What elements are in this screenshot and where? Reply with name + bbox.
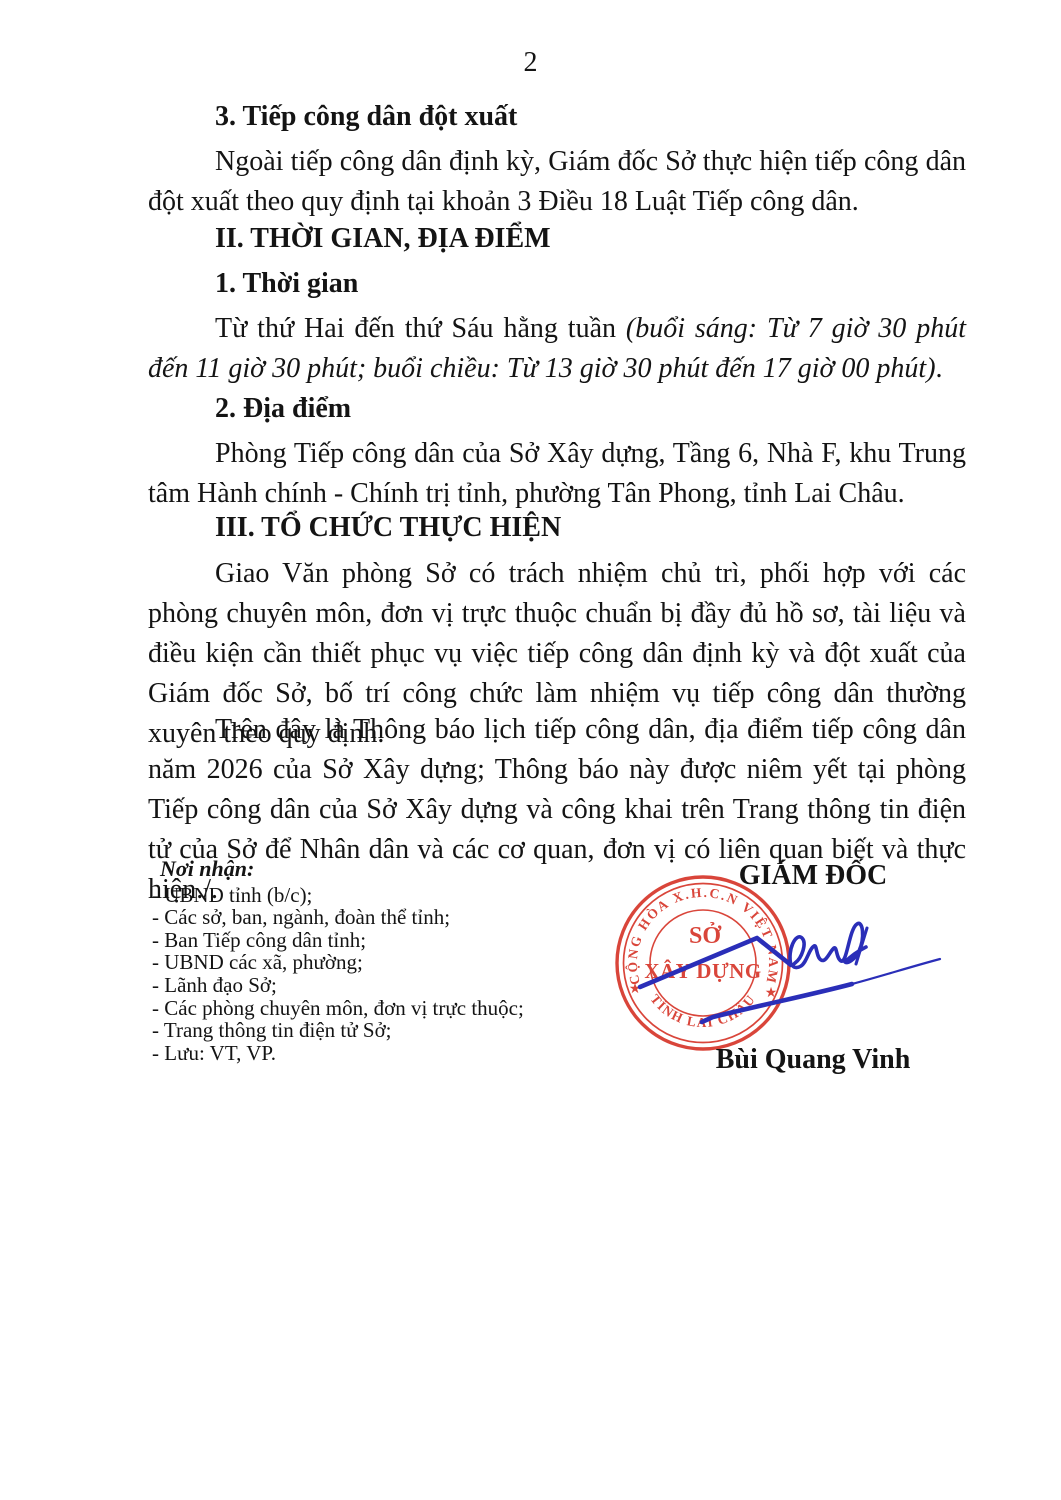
recipient-item: - Lãnh đạo Sở; [152,974,572,997]
section-heading-ii-2: 2. Địa điểm [215,392,975,426]
signature-rising-stroke [640,938,791,987]
signature-ink [590,865,1020,1035]
signature-loops-stroke [790,923,866,967]
recipient-item: - Lưu: VT, VP. [152,1042,572,1065]
document-page: 2 3. Tiếp công dân đột xuất Ngoài tiếp c… [0,0,1061,1500]
section-heading-ii-1: 1. Thời gian [215,267,975,301]
paragraph-time-roman: Từ thứ Hai đến thứ Sáu hằng tuần [215,313,626,344]
paragraph-time-period: . [936,353,943,384]
recipients-block: Nơi nhận: - UBND tỉnh (b/c); - Các sở, b… [152,858,572,1064]
section-heading-ii: II. THỜI GIAN, ĐỊA ĐIỂM [215,222,975,256]
recipient-item: - UBND tỉnh (b/c); [152,884,572,907]
recipient-item: - Ban Tiếp công dân tỉnh; [152,929,572,952]
section-heading-iii: III. TỔ CHỨC THỰC HIỆN [215,511,975,545]
recipient-item: - Trang thông tin điện tử Sở; [152,1019,572,1042]
signer-name: Bùi Quang Vinh [700,1044,926,1076]
page-number: 2 [0,46,1061,80]
recipient-item: - Các phòng chuyên môn, đơn vị trực thuộ… [152,997,572,1020]
paragraph-section-3: Ngoài tiếp công dân định kỳ, Giám đốc Sở… [148,142,966,222]
section-heading-3: 3. Tiếp công dân đột xuất [215,100,975,134]
signature-underline-thick [702,984,852,1022]
recipient-item: - UBND các xã, phường; [152,951,572,974]
recipient-item: - Các sở, ban, ngành, đoàn thể tỉnh; [152,906,572,929]
paragraph-location: Phòng Tiếp công dân của Sở Xây dựng, Tần… [148,434,966,514]
signature-underline-thin [852,959,940,984]
paragraph-time: Từ thứ Hai đến thứ Sáu hằng tuần (buổi s… [148,309,966,389]
recipients-label: Nơi nhận: [152,858,572,881]
